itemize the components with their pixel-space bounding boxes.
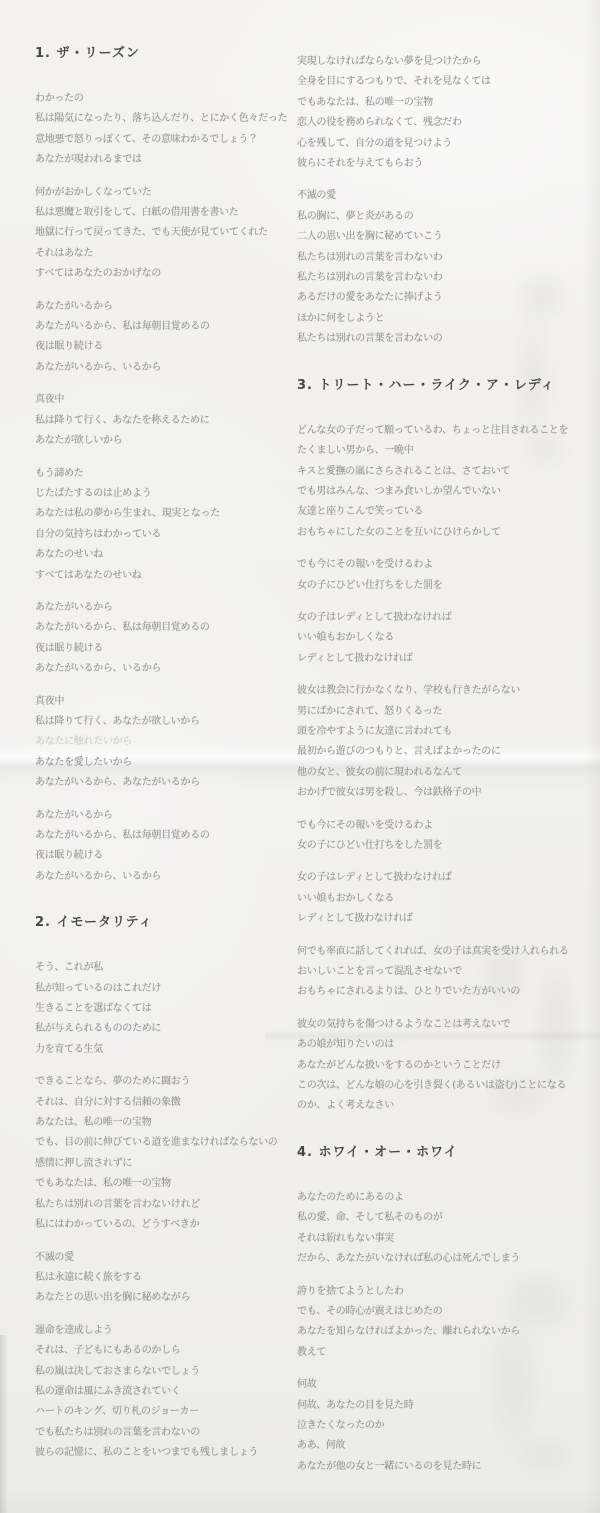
lyric-line: 運命を達成しよう bbox=[35, 1321, 293, 1341]
page-edge-shadow bbox=[0, 1335, 8, 1513]
lyric-line: 不滅の愛 bbox=[35, 1248, 293, 1268]
lyric-line: あなたがいるから、私は毎朝目覚めるの bbox=[35, 317, 293, 337]
lyric-line: 夜は眠り続ける bbox=[35, 639, 293, 659]
lyric-stanza: あなたがいるからあなたがいるから、私は毎朝目覚めるの夜は眠り続けるあなたがいるか… bbox=[35, 806, 293, 888]
lyric-line: ほかに何をしようと bbox=[297, 309, 593, 329]
lyric-stanza: 何かがおかしくなっていた私は悪魔と取引をして、白紙の借用書を書いた地獄に行って戻… bbox=[35, 183, 293, 285]
lyric-stanza: どんな女の子だって願っているわ、ちょっと注目されることをたくましい男から、一晩中… bbox=[297, 421, 593, 543]
lyric-line: キスと愛撫の嵐にさらされることは、さておいて bbox=[297, 462, 593, 482]
lyric-line: それは、子どもにもあるのかしら bbox=[35, 1341, 293, 1361]
lyric-line: ハートのキング、切り札のジョーカー bbox=[35, 1402, 293, 1422]
lyric-line: いい娘もおかしくなる bbox=[297, 628, 593, 648]
lyric-line: あなたのせいね bbox=[35, 545, 293, 565]
lyric-line: レディとして扱わなければ bbox=[297, 649, 593, 669]
lyric-line: それは、自分に対する信頼の象徴 bbox=[35, 1093, 293, 1113]
lyric-line: あなたのためにあるのよ bbox=[297, 1188, 593, 1208]
lyric-line: あなたがいるから bbox=[35, 297, 293, 317]
lyric-line: 私は悪魔と取引をして、白紙の借用書を書いた bbox=[35, 203, 293, 223]
lyric-line: 私は降りて行く、あなたが欲しいから bbox=[35, 712, 293, 732]
page-corner-shadow bbox=[0, 0, 46, 40]
lyric-line: 私は永遠に続く旅をする bbox=[35, 1268, 293, 1288]
lyric-line: たくましい男から、一晩中 bbox=[297, 441, 593, 461]
lyric-line: あなたがどんな扱いをするのかということだけ bbox=[297, 1056, 593, 1076]
lyric-stanza: でも今にその報いを受けるわよ女の子にひどい仕打ちをした罰を bbox=[297, 555, 593, 596]
lyric-line: あなたが現われるまでは bbox=[35, 150, 293, 170]
lyric-line: 私たちは別れの言葉を言わないわ bbox=[297, 248, 593, 268]
lyric-line: すべてはあなたのおかげなの bbox=[35, 264, 293, 284]
lyric-line: 女の子はレディとして扱わなければ bbox=[297, 868, 593, 888]
lyric-line: 恋人の役を務められなくて、残念だわ bbox=[297, 113, 593, 133]
lyric-line: 男にばかにされて、怒りくるった bbox=[297, 702, 593, 722]
lyric-line: 女の子にひどい仕打ちをした罰を bbox=[297, 576, 593, 596]
lyric-line: あの娘が知りたいのは bbox=[297, 1035, 593, 1055]
lyric-line: あなたがいるから bbox=[35, 806, 293, 826]
lyric-line: 私が知っているのはこれだけ bbox=[35, 979, 293, 999]
lyric-line: 実現しなければならない夢を見つけたから bbox=[297, 52, 593, 72]
lyric-stanza: もう諦めたじたばたするのは止めようあなたは私の夢から生まれ、現実となった自分の気… bbox=[35, 464, 293, 586]
lyric-line: 全身を目にするつもりで、それを見なくては bbox=[297, 72, 593, 92]
lyric-line: 女の子にひどい仕打ちをした罰を bbox=[297, 836, 593, 856]
lyric-stanza: わかったの私は陽気になったり、落ち込んだり、とにかく色々だった意地悪で怒りっぽく… bbox=[35, 89, 293, 171]
lyric-line: 誇りを捨てようとしたわ bbox=[297, 1282, 593, 1302]
lyric-line: 何故、あなたの目を見た時 bbox=[297, 1396, 593, 1416]
lyric-line: でも今にその報いを受けるわよ bbox=[297, 816, 593, 836]
lyric-line: あなたがいるから、いるから bbox=[35, 358, 293, 378]
lyric-line: 私の運命は風にふき流されていく bbox=[35, 1382, 293, 1402]
lyric-line: 私の嵐は決しておさまらないでしょう bbox=[35, 1362, 293, 1382]
lyric-stanza: 不滅の愛私は永遠に続く旅をするあなたとの思い出を胸に秘めながら bbox=[35, 1248, 293, 1309]
lyric-line: おかげで彼女は男を殺し、今は鉄格子の中 bbox=[297, 783, 593, 803]
lyric-line: 私たちは別れの言葉を言わないわ bbox=[297, 268, 593, 288]
lyrics-column-left: 1. ザ・リーズンわかったの私は陽気になったり、落ち込んだり、とにかく色々だった… bbox=[35, 42, 293, 1476]
page-edge-shadow bbox=[0, 1487, 600, 1513]
lyric-line: 女の子はレディとして扱わなければ bbox=[297, 608, 593, 628]
lyric-stanza: そう、これが私私が知っているのはこれだけ生きることを選ばなくては私が与えられるも… bbox=[35, 958, 293, 1060]
lyric-line: あなたがいるから、私は毎朝目覚めるの bbox=[35, 826, 293, 846]
lyric-line: 地獄に行って戻ってきた、でも天使が見ていてくれた bbox=[35, 223, 293, 243]
lyric-line: でも、目の前に伸びている道を進まなければならないの bbox=[35, 1133, 293, 1153]
lyric-line: おもちゃにした女のことを互いにひけらかして bbox=[297, 523, 593, 543]
lyric-line: おもちゃにされるよりは、ひとりでいた方がいいの bbox=[297, 982, 593, 1002]
lyric-line: 夜は眠り続ける bbox=[35, 337, 293, 357]
lyric-line: 私たちは別れの言葉を言わないの bbox=[297, 329, 593, 349]
lyric-line: あなたがいるから、いるから bbox=[35, 867, 293, 887]
lyric-stanza: 彼女は教会に行かなくなり、学校も行きたがらない男にばかにされて、怒りくるった頭を… bbox=[297, 681, 593, 803]
lyric-line: すべてはあなたのせいね bbox=[35, 566, 293, 586]
lyric-line: あなたは、私の唯一の宝物 bbox=[35, 1113, 293, 1133]
lyric-stanza: あなたがいるからあなたがいるから、私は毎朝目覚めるの夜は眠り続けるあなたがいるか… bbox=[35, 297, 293, 379]
lyric-line: 夜は眠り続ける bbox=[35, 846, 293, 866]
lyric-line: 何故 bbox=[297, 1375, 593, 1395]
lyric-line: 真夜中 bbox=[35, 692, 293, 712]
lyric-line: 力を育てる生気 bbox=[35, 1040, 293, 1060]
lyrics-column-right: 実現しなければならない夢を見つけたから全身を目にするつもりで、それを見なくてはで… bbox=[297, 52, 593, 1489]
lyric-stanza: できることなら、夢のために闘おうそれは、自分に対する信頼の象徴あなたは、私の唯一… bbox=[35, 1072, 293, 1235]
lyric-line: 自分の気持ちはわかっている bbox=[35, 525, 293, 545]
lyric-line: わかったの bbox=[35, 89, 293, 109]
lyric-line: いい娘もおかしくなる bbox=[297, 889, 593, 909]
lyric-line: 感情に押し流されずに bbox=[35, 1154, 293, 1174]
lyric-stanza: あなたがいるからあなたがいるから、私は毎朝目覚めるの夜は眠り続けるあなたがいるか… bbox=[35, 598, 293, 680]
lyric-line: それは紛れもない事実 bbox=[297, 1229, 593, 1249]
lyric-line: 泣きたくなったのか bbox=[297, 1416, 593, 1436]
lyric-line: 彼らの記憶に、私のことをいつまでも残しましょう bbox=[35, 1443, 293, 1463]
lyric-line: でも男はみんな、つまみ食いしか望んでいない bbox=[297, 482, 593, 502]
lyric-line: 私の愛、命、そして私そのものが bbox=[297, 1208, 593, 1228]
lyric-stanza: あなたのためにあるのよ私の愛、命、そして私そのものがそれは紛れもない事実だから、… bbox=[297, 1188, 593, 1270]
lyric-line: あなたに触れたいから bbox=[35, 732, 293, 752]
lyric-line: 彼女の気持ちを傷つけるようなことは考えないで bbox=[297, 1015, 593, 1035]
lyric-line: 彼女は教会に行かなくなり、学校も行きたがらない bbox=[297, 681, 593, 701]
lyric-sheet-page: 1. ザ・リーズンわかったの私は陽気になったり、落ち込んだり、とにかく色々だった… bbox=[0, 0, 600, 1513]
lyric-line: だから、あなたがいなければ私の心は死んでしまう bbox=[297, 1249, 593, 1269]
lyric-line: できることなら、夢のために闘おう bbox=[35, 1072, 293, 1092]
song-title: 2. イモータリティ bbox=[35, 911, 293, 930]
lyric-line: 教えて bbox=[297, 1343, 593, 1363]
song-title: 4. ホワイ・オー・ホワイ bbox=[297, 1141, 593, 1160]
lyric-line: 不滅の愛 bbox=[297, 186, 593, 206]
lyric-line: 意地悪で怒りっぽくて、その意味わかるでしょう？ bbox=[35, 130, 293, 150]
lyric-line: おいしいことを言って混乱させないで bbox=[297, 962, 593, 982]
lyric-line: 二人の思い出を胸に秘めていこう bbox=[297, 227, 593, 247]
lyric-line: でも今にその報いを受けるわよ bbox=[297, 555, 593, 575]
lyric-line: でも私たちは別れの言葉を言わないの bbox=[35, 1423, 293, 1443]
lyric-line: あなたは私の夢から生まれ、現実となった bbox=[35, 504, 293, 524]
lyric-stanza: 不滅の愛私の胸に、夢と炎があるの二人の思い出を胸に秘めていこう私たちは別れの言葉… bbox=[297, 186, 593, 349]
lyric-line: でも、その時心が震えはじめたの bbox=[297, 1302, 593, 1322]
lyric-stanza: 彼女の気持ちを傷つけるようなことは考えないであの娘が知りたいのはあなたがどんな扱… bbox=[297, 1015, 593, 1117]
lyric-line: あなたがいるから、私は毎朝目覚めるの bbox=[35, 618, 293, 638]
lyric-line: あなたが欲しいから bbox=[35, 431, 293, 451]
lyric-line: そう、これが私 bbox=[35, 958, 293, 978]
lyric-line: レディとして扱わなければ bbox=[297, 909, 593, 929]
lyric-line: 心を残して、自分の道を見つけよう bbox=[297, 134, 593, 154]
lyric-stanza: 女の子はレディとして扱わなければいい娘もおかしくなるレディとして扱わなければ bbox=[297, 868, 593, 929]
lyric-line: 私にはわかっているの、どうすべきか bbox=[35, 1215, 293, 1235]
lyric-stanza: 女の子はレディとして扱わなければいい娘もおかしくなるレディとして扱わなければ bbox=[297, 608, 593, 669]
lyric-line: 何でも率直に話してくれれば、女の子は真実を受け入れられる bbox=[297, 942, 593, 962]
lyric-line: 何かがおかしくなっていた bbox=[35, 183, 293, 203]
lyric-line: どんな女の子だって願っているわ、ちょっと注目されることを bbox=[297, 421, 593, 441]
lyric-line: 頭を冷やすように友達に言われても bbox=[297, 722, 593, 742]
lyric-line: あなたを知らなければよかった、離れられないから bbox=[297, 1322, 593, 1342]
lyric-stanza: でも今にその報いを受けるわよ女の子にひどい仕打ちをした罰を bbox=[297, 816, 593, 857]
lyric-stanza: 誇りを捨てようとしたわでも、その時心が震えはじめたのあなたを知らなければよかった… bbox=[297, 1282, 593, 1364]
lyric-line: 彼らにそれを与えてもらおう bbox=[297, 154, 593, 174]
lyric-line: あなたが他の女と一緒にいるのを見た時に bbox=[297, 1457, 593, 1477]
lyric-line: 私は陽気になったり、落ち込んだり、とにかく色々だった bbox=[35, 109, 293, 129]
lyric-line: じたばたするのは止めよう bbox=[35, 484, 293, 504]
lyric-line: あなたを愛したいから bbox=[35, 753, 293, 773]
lyric-line: あなたとの思い出を胸に秘めながら bbox=[35, 1288, 293, 1308]
lyric-line: 友達と座りこんで笑っている bbox=[297, 502, 593, 522]
lyric-line: あなたがいるから、いるから bbox=[35, 659, 293, 679]
lyric-line: 真夜中 bbox=[35, 390, 293, 410]
lyric-line: それはあなた bbox=[35, 244, 293, 264]
lyric-line: あるだけの愛をあなたに捧げよう bbox=[297, 288, 593, 308]
lyric-line: でもあなたは、私の唯一の宝物 bbox=[35, 1174, 293, 1194]
song-title: 3. トリート・ハー・ライク・ア・レディ bbox=[297, 374, 593, 393]
lyric-stanza: 真夜中私は降りて行く、あなたが欲しいからあなたに触れたいからあなたを愛したいから… bbox=[35, 692, 293, 794]
lyric-line: 生きることを選ばなくては bbox=[35, 999, 293, 1019]
lyric-stanza: 運命を達成しようそれは、子どもにもあるのかしら私の嵐は決しておさまらないでしょう… bbox=[35, 1321, 293, 1464]
lyric-line: でもあなたは、私の唯一の宝物 bbox=[297, 93, 593, 113]
lyric-line: 最初から遊びのつもりと、言えばよかったのに bbox=[297, 742, 593, 762]
song-title: 1. ザ・リーズン bbox=[35, 42, 293, 61]
lyric-line: のか、よく考えなさい bbox=[297, 1096, 593, 1116]
lyric-line: ああ、何故 bbox=[297, 1436, 593, 1456]
lyric-line: あなたがいるから、あなたがいるから bbox=[35, 773, 293, 793]
lyric-line: この次は、どんな娘の心を引き裂く(あるいは盗む)ことになる bbox=[297, 1076, 593, 1096]
lyric-line: もう諦めた bbox=[35, 464, 293, 484]
lyric-line: 他の女と、彼女の前に現われるなんて bbox=[297, 763, 593, 783]
lyric-stanza: 実現しなければならない夢を見つけたから全身を目にするつもりで、それを見なくてはで… bbox=[297, 52, 593, 174]
lyric-line: 私たちは別れの言葉を言わないけれど bbox=[35, 1195, 293, 1215]
lyric-line: 私は降りて行く、あなたを称えるために bbox=[35, 411, 293, 431]
lyric-stanza: 真夜中私は降りて行く、あなたを称えるためにあなたが欲しいから bbox=[35, 390, 293, 451]
lyric-line: 私の胸に、夢と炎があるの bbox=[297, 207, 593, 227]
lyric-line: あなたがいるから bbox=[35, 598, 293, 618]
lyric-line: 私が与えられるもののために bbox=[35, 1019, 293, 1039]
lyric-stanza: 何故何故、あなたの目を見た時泣きたくなったのかああ、何故あなたが他の女と一緒にい… bbox=[297, 1375, 593, 1477]
lyric-stanza: 何でも率直に話してくれれば、女の子は真実を受け入れられるおいしいことを言って混乱… bbox=[297, 942, 593, 1003]
